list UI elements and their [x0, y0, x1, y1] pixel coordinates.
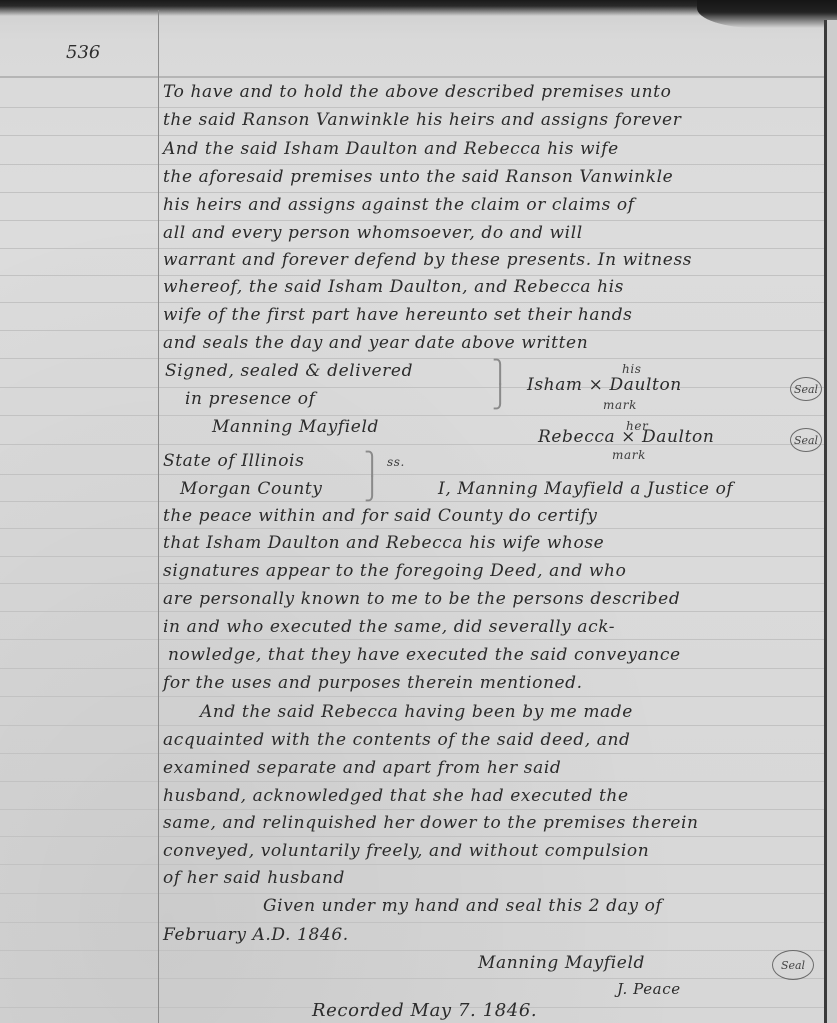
attestation-line: Signed, sealed & delivered: [165, 361, 413, 381]
ruled-line: [0, 639, 828, 640]
deed-line: and seals the day and year date above wr…: [163, 333, 588, 353]
ruled-line: [0, 501, 828, 502]
ruled-line: [0, 836, 828, 837]
venue-county: Morgan County: [180, 479, 323, 499]
grantor-signature: Isham × Daulton: [527, 375, 682, 395]
ruled-line: [0, 725, 828, 726]
ruled-line: [0, 668, 828, 669]
seal-icon: Seal: [790, 377, 822, 401]
brace-mark: ⎭: [364, 477, 381, 502]
given-line: Given under my hand and seal this 2 day …: [263, 896, 662, 916]
ruled-line: [0, 696, 828, 697]
ack-line: nowledge, that they have executed the sa…: [168, 645, 681, 665]
date-line: February A.D. 1846.: [163, 925, 349, 945]
book-corner-shadow: [697, 0, 837, 28]
brace-mark: ⎭: [492, 385, 509, 410]
relinquishment-line: examined separate and apart from her sai…: [163, 758, 561, 778]
page-number: 536: [66, 42, 100, 63]
signature-above: his: [622, 362, 642, 376]
ruled-line: [0, 248, 828, 249]
deed-line: wife of the first part have hereunto set…: [163, 305, 633, 325]
ruled-line: [0, 275, 828, 276]
signature-below: mark: [603, 398, 637, 412]
ruled-line: [0, 164, 828, 165]
recorded-date: Recorded May 7. 1846.: [312, 1000, 537, 1021]
ruled-line: [0, 583, 828, 584]
ruled-line: [0, 387, 828, 388]
ruled-line: [0, 978, 828, 979]
deed-line: his heirs and assigns against the claim …: [163, 195, 635, 215]
seal-icon: Seal: [772, 950, 814, 980]
ack-line: I, Manning Mayfield a Justice of: [438, 479, 733, 499]
ruled-line: [0, 893, 828, 894]
brace-mark: ⎫: [492, 360, 509, 385]
header-rule: [0, 76, 828, 78]
ack-line: that Isham Daulton and Rebecca his wife …: [163, 533, 604, 553]
ruled-line: [0, 528, 828, 529]
relinquishment-line: of her said husband: [163, 868, 345, 888]
justice-signature: Manning Mayfield: [478, 953, 645, 973]
ack-line: the peace within and for said County do …: [163, 506, 597, 526]
ruled-line: [0, 556, 828, 557]
deed-line: all and every person whomsoever, do and …: [163, 223, 583, 243]
deed-line: the aforesaid premises unto the said Ran…: [163, 167, 673, 187]
relinquishment-line: conveyed, voluntarily freely, and withou…: [163, 841, 649, 861]
ruled-line: [0, 922, 828, 923]
ledger-page: 536 To have and to hold the above descri…: [0, 0, 837, 1023]
deed-line: whereof, the said Isham Daulton, and Reb…: [163, 277, 624, 297]
justice-title: J. Peace: [617, 980, 681, 998]
relinquishment-line: acquainted with the contents of the said…: [163, 730, 631, 750]
deed-line: warrant and forever defend by these pres…: [163, 250, 692, 270]
ack-line: in and who executed the same, did severa…: [163, 617, 615, 637]
margin-line: [158, 10, 159, 1023]
ruled-line: [0, 330, 828, 331]
grantor-signature: Rebecca × Daulton: [538, 427, 714, 447]
ruled-line: [0, 864, 828, 865]
ruled-line: [0, 415, 828, 416]
next-page-edge: [827, 20, 837, 1023]
signature-below: mark: [612, 448, 646, 462]
ruled-line: [0, 107, 828, 108]
ruled-line: [0, 302, 828, 303]
ruled-line: [0, 474, 828, 475]
ruled-line: [0, 135, 828, 136]
witness-signature: Manning Mayfield: [212, 417, 379, 437]
deed-line: And the said Isham Daulton and Rebecca h…: [163, 139, 619, 159]
ruled-line: [0, 192, 828, 193]
ruled-line: [0, 220, 828, 221]
deed-line: To have and to hold the above described …: [163, 82, 671, 102]
ack-line: signatures appear to the foregoing Deed,…: [163, 561, 626, 581]
seal-icon: Seal: [790, 428, 822, 452]
ruled-line: [0, 358, 828, 359]
ruled-line: [0, 781, 828, 782]
relinquishment-line: And the said Rebecca having been by me m…: [200, 702, 633, 722]
brace-mark: ⎫: [364, 452, 381, 477]
relinquishment-line: husband, acknowledged that she had execu…: [163, 786, 629, 806]
venue-ss: ss.: [387, 455, 405, 469]
ack-line: for the uses and purposes therein mentio…: [163, 673, 583, 693]
attestation-line: in presence of: [185, 389, 316, 409]
ruled-line: [0, 753, 828, 754]
relinquishment-line: same, and relinquished her dower to the …: [163, 813, 699, 833]
ruled-line: [0, 809, 828, 810]
ruled-line: [0, 611, 828, 612]
ruled-line: [0, 950, 828, 951]
ack-line: are personally known to me to be the per…: [163, 589, 680, 609]
deed-line: the said Ranson Vanwinkle his heirs and …: [163, 110, 681, 130]
venue-state: State of Illinois: [163, 451, 304, 471]
